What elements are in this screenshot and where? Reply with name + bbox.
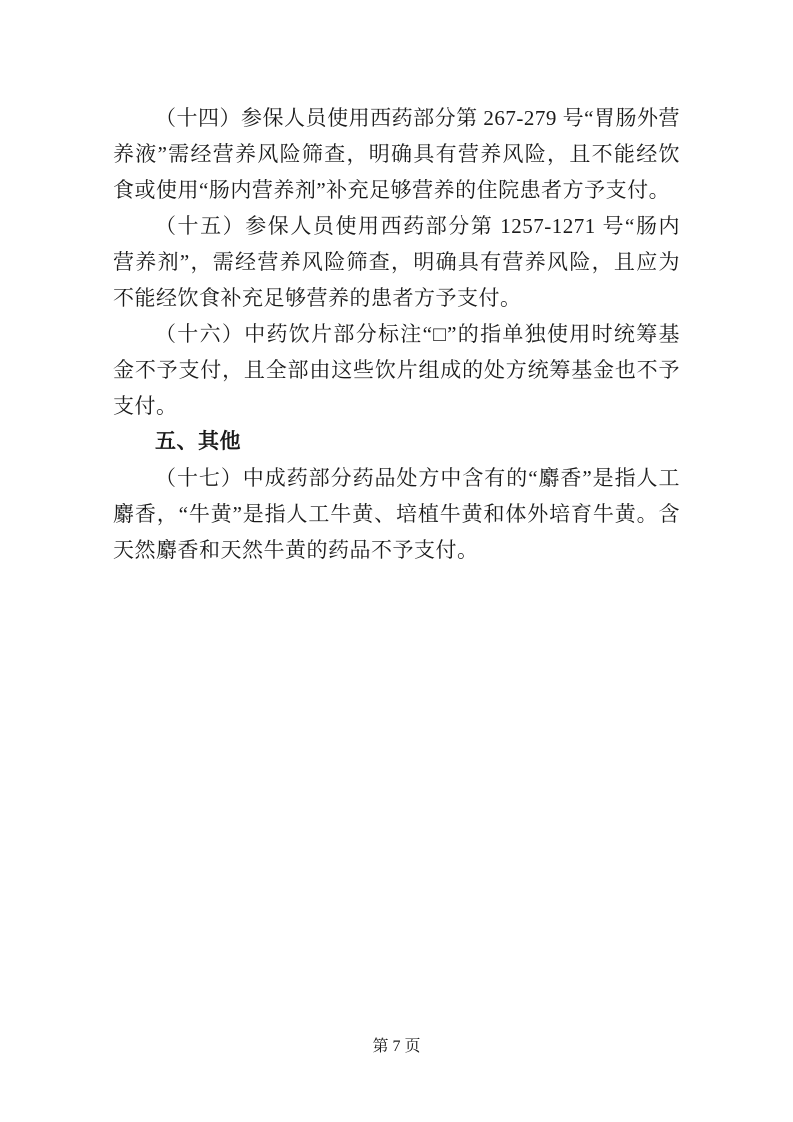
document-body: （十四）参保人员使用西药部分第 267-279 号“胃肠外营养液”需经营养风险筛… [113, 100, 680, 568]
paragraph-item-15: （十五）参保人员使用西药部分第 1257-1271 号“肠内营养剂”，需经营养风… [113, 208, 680, 316]
document-page: （十四）参保人员使用西药部分第 267-279 号“胃肠外营养液”需经营养风险筛… [0, 0, 793, 1122]
paragraph-item-14: （十四）参保人员使用西药部分第 267-279 号“胃肠外营养液”需经营养风险筛… [113, 100, 680, 208]
paragraph-item-16: （十六）中药饮片部分标注“□”的指单独使用时统筹基金不予支付，且全部由这些饮片组… [113, 316, 680, 424]
paragraph-item-17: （十七）中成药部分药品处方中含有的“麝香”是指人工麝香，“牛黄”是指人工牛黄、培… [113, 460, 680, 568]
page-number: 第 7 页 [0, 1037, 793, 1057]
section-heading-other: 五、其他 [113, 424, 680, 460]
